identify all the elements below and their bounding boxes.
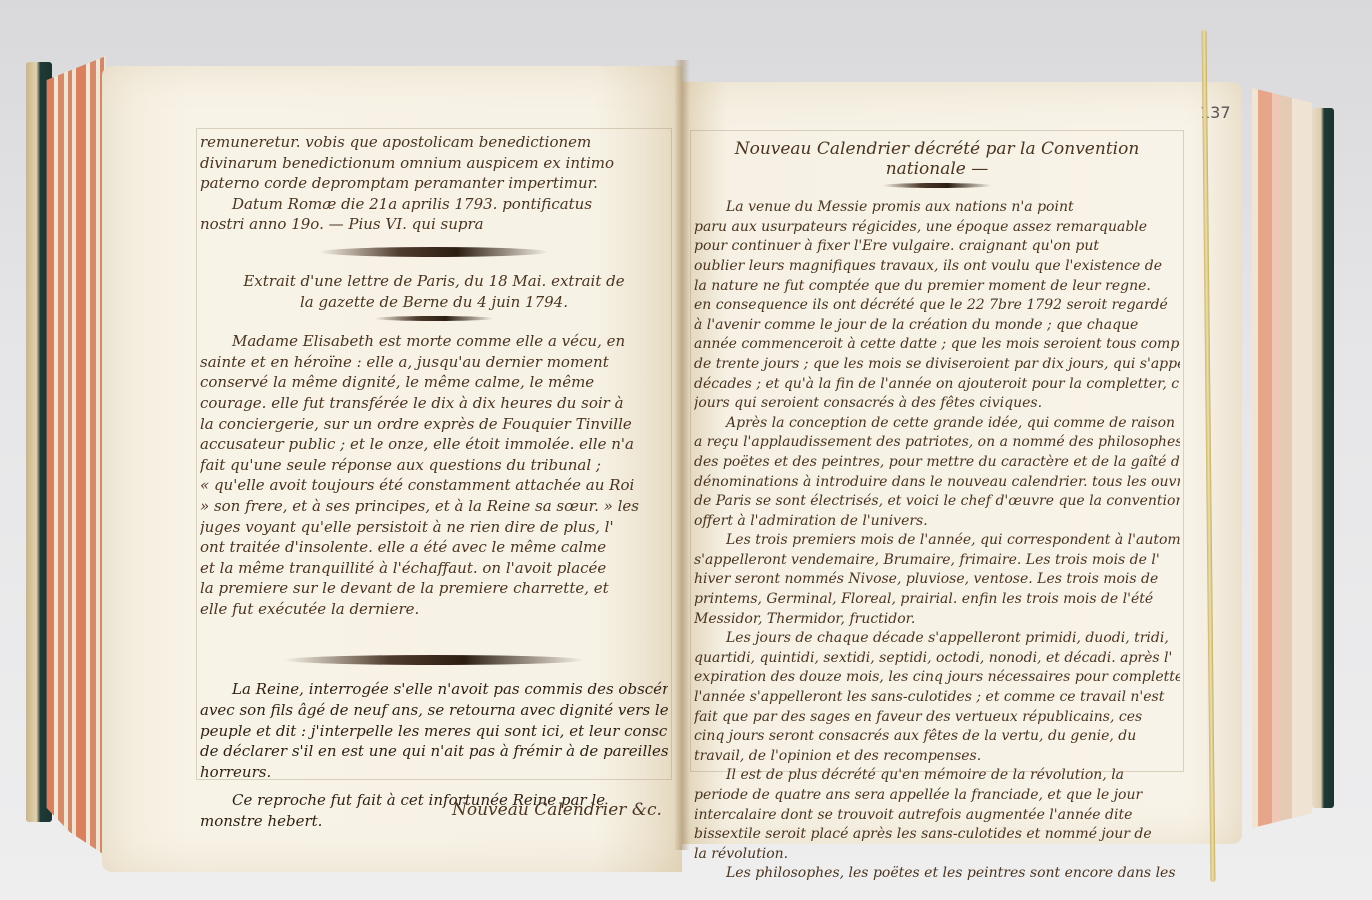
text-line: » son frere, et à ses principes, et à la…: [200, 496, 668, 517]
right-cover-binding: [1312, 108, 1334, 808]
text-line: et la même tranquillité à l'échaffaut. o…: [200, 558, 668, 579]
paragraph-days: Les jours de chaque décade s'appelleront…: [694, 629, 1180, 766]
text-line: dénominations à introduire dans le nouve…: [694, 473, 1180, 493]
text-line: Messidor, Thermidor, fructidor.: [694, 610, 1180, 630]
text-line: ont traitée d'insolente. elle a été avec…: [200, 537, 668, 558]
text-line: quartidi, quintidi, sextidi, septidi, oc…: [694, 649, 1180, 669]
text-line: la révolution.: [694, 845, 1180, 865]
text-line: la premiere sur le devant de la premiere…: [200, 578, 668, 599]
left-page-edges: [40, 56, 106, 856]
right-page-edges: [1252, 88, 1312, 828]
title-rule: [882, 183, 992, 188]
paragraph-conception: Après la conception de cette grande idée…: [694, 414, 1180, 532]
text-line: jours qui seroient consacrés à des fêtes…: [694, 394, 1180, 414]
text-line: en consequence ils ont décrété que le 22…: [694, 296, 1180, 316]
text-line: sainte et en héroïne : elle a, jusqu'au …: [200, 352, 668, 373]
title-line: nationale —: [694, 160, 1180, 180]
paragraph-messiah: La venue du Messie promis aux nations n'…: [694, 198, 1180, 414]
text-line: Les jours de chaque décade s'appelleront…: [694, 629, 1180, 649]
text-line: année commenceroit à cette datte ; que l…: [694, 335, 1180, 355]
text-line: travail, de l'opinion et des recompenses…: [694, 747, 1180, 767]
text-line: paru aux usurpateurs régicides, une époq…: [694, 218, 1180, 238]
text-line: fait qu'une seule réponse aux questions …: [200, 455, 668, 476]
text-line: la conciergerie, sur un ordre exprès de …: [200, 414, 668, 435]
text-line: Après la conception de cette grande idée…: [694, 414, 1180, 434]
paragraph-philosophes: Les philosophes, les poëtes et les peint…: [694, 864, 1180, 884]
text-line: elle fut exécutée la derniere.: [200, 599, 668, 620]
text-line: Il est de plus décrété qu'en mémoire de …: [694, 766, 1180, 786]
text-line: horreurs.: [200, 762, 668, 783]
text-line: hiver seront nommés Nivose, pluviose, ve…: [694, 570, 1180, 590]
text-line: intercalaire dont se trouvoit autrefois …: [694, 806, 1180, 826]
text-line: printems, Germinal, Floreal, prairial. e…: [694, 590, 1180, 610]
text-line: pour continuer à fixer l'Ere vulgaire. c…: [694, 237, 1180, 257]
latin-blessing-paragraph: remuneretur. vobis que apostolicam bened…: [200, 132, 668, 235]
text-line: bissextile seroit placé après les sans-c…: [694, 825, 1180, 845]
text-line: divinarum benedictionum omnium auspicem …: [200, 153, 668, 174]
ink-separator: [319, 247, 549, 257]
heading-line: la gazette de Berne du 4 juin 1794.: [200, 292, 668, 313]
section-heading: Extrait d'une lettre de Paris, du 18 Mai…: [200, 271, 668, 312]
text-line: juges voyant qu'elle persistoit à ne rie…: [200, 517, 668, 538]
text-line: de Paris se sont électrisés, et voici le…: [694, 492, 1180, 512]
text-line: La Reine, interrogée s'elle n'avoit pas …: [200, 679, 668, 700]
ink-separator: [284, 655, 584, 665]
text-line: s'appelleront vendemaire, Brumaire, frim…: [694, 551, 1180, 571]
text-line: à l'avenir comme le jour de la création …: [694, 316, 1180, 336]
heading-rule: [374, 316, 494, 321]
text-line: conservé la même dignité, le même calme,…: [200, 372, 668, 393]
text-line: des poëtes et des peintres, pour mettre …: [694, 453, 1180, 473]
elisabeth-paragraph: Madame Elisabeth est morte comme elle a …: [200, 331, 668, 619]
text-line: cinq jours seront consacrés aux fêtes de…: [694, 727, 1180, 747]
text-line: oublier leurs magnifiques travaux, ils o…: [694, 257, 1180, 277]
text-line: a reçu l'applaudissement des patriotes, …: [694, 433, 1180, 453]
text-line: remuneretur. vobis que apostolicam bened…: [200, 132, 668, 153]
text-line: décades ; et qu'à la fin de l'année on a…: [694, 375, 1180, 395]
calendar-title: Nouveau Calendrier décrété par la Conven…: [694, 140, 1180, 179]
text-line: Datum Romæ die 21a aprilis 1793. pontifi…: [200, 194, 668, 215]
paragraph-months: Les trois premiers mois de l'année, qui …: [694, 531, 1180, 629]
left-page-text: remuneretur. vobis que apostolicam bened…: [200, 132, 668, 832]
text-line: l'année s'appelleront les sans-culotides…: [694, 688, 1180, 708]
text-line: courage. elle fut transférée le dix à di…: [200, 393, 668, 414]
text-line: de trente jours ; que les mois se divise…: [694, 355, 1180, 375]
text-line: peuple et dit : j'interpelle les meres q…: [200, 721, 668, 742]
catchword: Nouveau Calendrier &c.: [452, 800, 662, 820]
text-line: offert à l'admiration de l'univers.: [694, 512, 1180, 532]
text-line: de déclarer s'il en est une qui n'ait pa…: [200, 741, 668, 762]
text-line: La venue du Messie promis aux nations n'…: [694, 198, 1180, 218]
book-gutter: [674, 60, 690, 850]
text-line: accusateur public ; et le onze, elle éto…: [200, 434, 668, 455]
title-line: Nouveau Calendrier décrété par la Conven…: [694, 140, 1180, 160]
heading-line: Extrait d'une lettre de Paris, du 18 Mai…: [200, 271, 668, 292]
reine-paragraph: La Reine, interrogée s'elle n'avoit pas …: [200, 679, 668, 782]
text-line: fait que par des sages en faveur des ver…: [694, 708, 1180, 728]
open-manuscript-book: remuneretur. vobis que apostolicam bened…: [0, 0, 1372, 900]
text-line: paterno corde depromptam peramanter impe…: [200, 173, 668, 194]
text-line: periode de quatre ans sera appellée la f…: [694, 786, 1180, 806]
text-line: avec son fils âgé de neuf ans, se retour…: [200, 700, 668, 721]
text-line: la nature ne fut comptée que du premier …: [694, 277, 1180, 297]
text-line: Madame Elisabeth est morte comme elle a …: [200, 331, 668, 352]
text-line: Les trois premiers mois de l'année, qui …: [694, 531, 1180, 551]
right-page-text: Nouveau Calendrier décrété par la Conven…: [694, 140, 1180, 884]
paragraph-franciade: Il est de plus décrété qu'en mémoire de …: [694, 766, 1180, 864]
text-line: nostri anno 19o. — Pius VI. qui supra: [200, 214, 668, 235]
text-line: « qu'elle avoit toujours été constamment…: [200, 475, 668, 496]
text-line: expiration des douze mois, les cinq jour…: [694, 668, 1180, 688]
text-line: Les philosophes, les poëtes et les peint…: [694, 864, 1180, 884]
